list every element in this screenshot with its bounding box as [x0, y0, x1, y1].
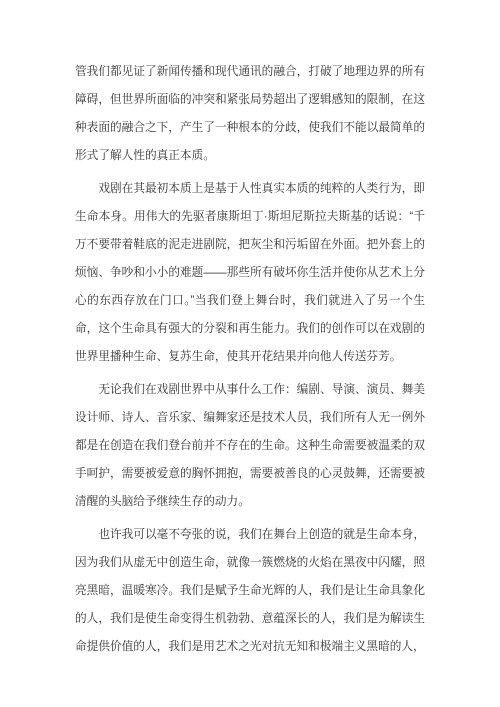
paragraph-continuation: 管我们都见证了新闻传播和现代通讯的融合，打破了地理边界的所有障碍，但世界所面临的… — [75, 58, 425, 170]
paragraph-theater-roles: 无论我们在戏剧世界中从事什么工作：编剧、导演、演员、舞美设计师、诗人、音乐家、编… — [75, 376, 425, 516]
paragraph-drama-essence: 戏剧在其最初本质上是基于人性真实本质的纯粹的人类行为，即生命本身。用伟大的先驱者… — [75, 175, 425, 371]
document-page: 管我们都见证了新闻传播和现代通讯的融合，打破了地理边界的所有障碍，但世界所面临的… — [0, 0, 500, 707]
paragraph-creating-life: 也许我可以毫不夸张的说，我们在舞台上创造的就是生命本身，因为我们从虚无中创造生命… — [75, 521, 425, 661]
